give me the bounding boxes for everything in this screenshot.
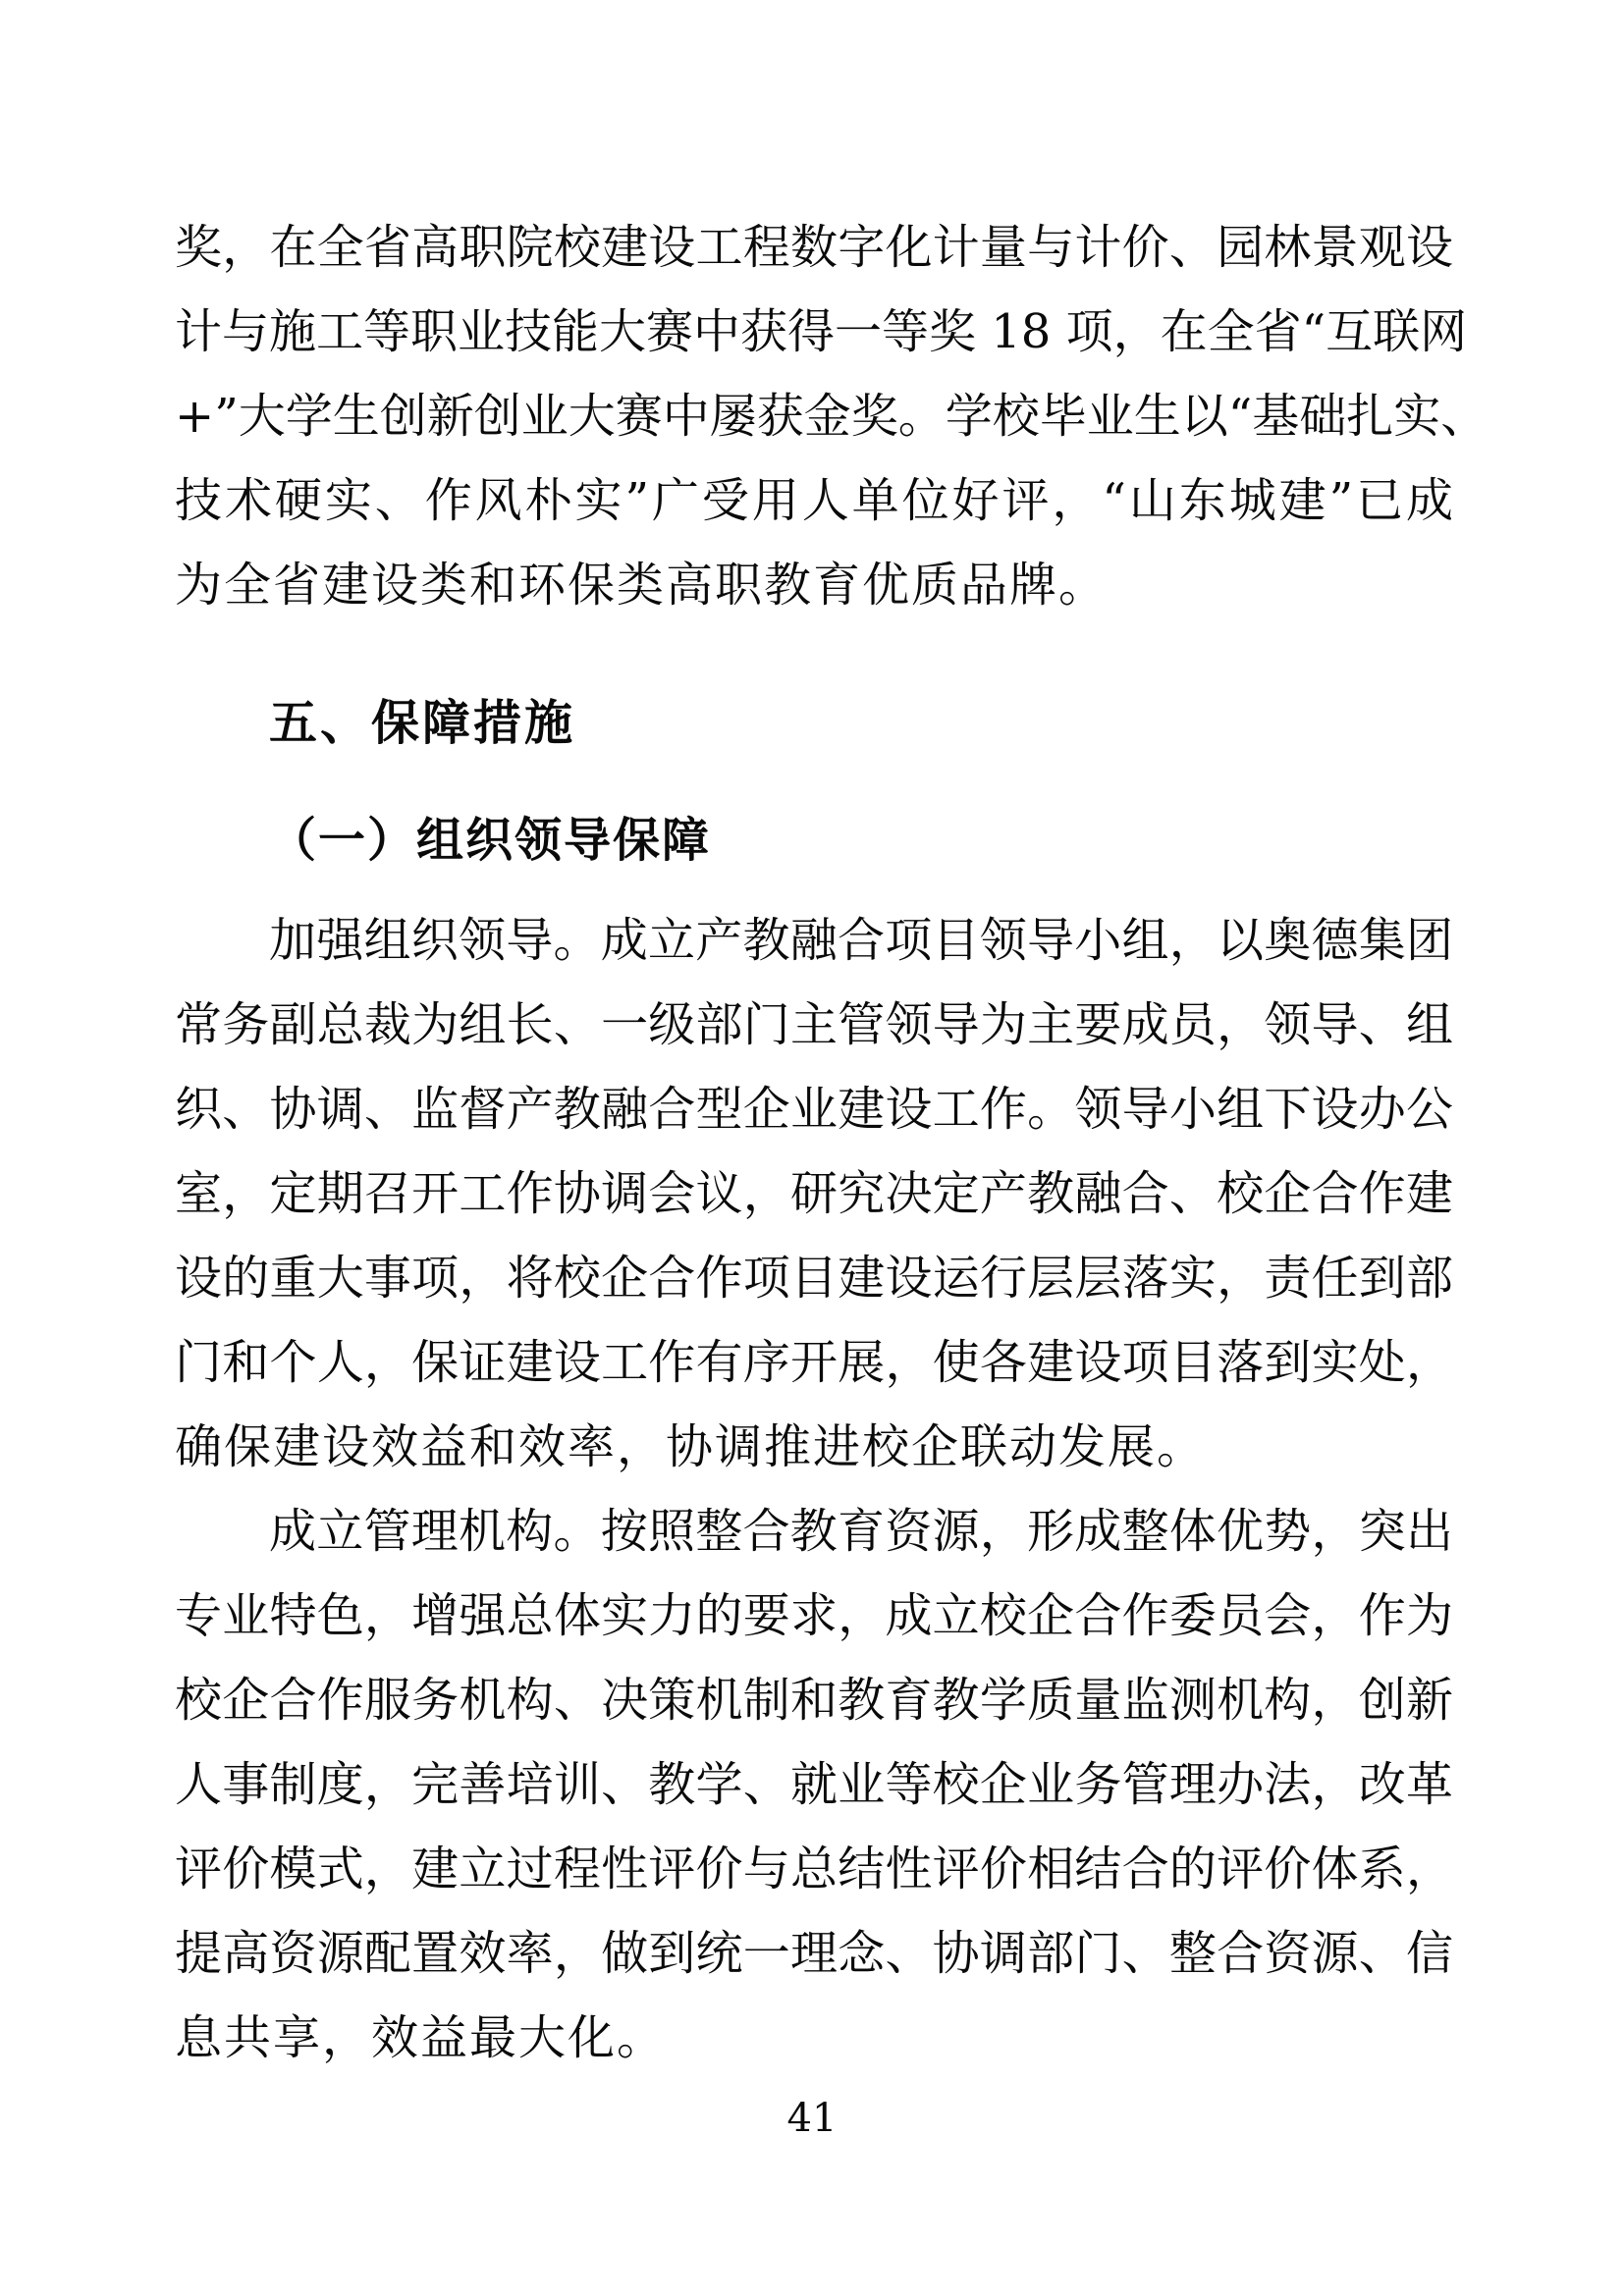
text-line: 成立管理机构。按照整合教育资源，形成整体优势，突出 <box>175 1489 1453 1574</box>
text-line: 息共享，效益最大化。 <box>175 1996 1453 2080</box>
text-line: 加强组织领导。成立产教融合项目领导小组，以奥德集团 <box>175 898 1453 983</box>
text-line: 为全省建设类和环保类高职教育优质品牌。 <box>175 543 1453 627</box>
page-number: 41 <box>0 2097 1624 2140</box>
text-line: 技术硬实、作风朴实”广受用人单位好评，“山东城建”已成 <box>175 458 1453 543</box>
text-line: 计与施工等职业技能大赛中获得一等奖 18 项，在全省“互联网 <box>175 290 1453 374</box>
text-line: 确保建设效益和效率，协调推进校企联动发展。 <box>175 1405 1453 1489</box>
text-line: 校企合作服务机构、决策机制和教育教学质量监测机构，创新 <box>175 1658 1453 1742</box>
text-line: 评价模式，建立过程性评价与总结性评价相结合的评价体系， <box>175 1827 1453 1911</box>
document-text-area: 奖，在全省高职院校建设工程数字化计量与计价、园林景观设 计与施工等职业技能大赛中… <box>175 205 1453 2080</box>
paragraph-management: 成立管理机构。按照整合教育资源，形成整体优势，突出 专业特色，增强总体实力的要求… <box>175 1489 1453 2080</box>
text-line: 室，定期召开工作协调会议，研究决定产教融合、校企合作建 <box>175 1151 1453 1236</box>
text-line: 专业特色，增强总体实力的要求，成立校企合作委员会，作为 <box>175 1574 1453 1658</box>
text-line: 提高资源配置效率，做到统一理念、协调部门、整合资源、信 <box>175 1911 1453 1996</box>
subsection-heading: （一）组织领导保障 <box>175 798 1453 882</box>
paragraph-continuation: 奖，在全省高职院校建设工程数字化计量与计价、园林景观设 计与施工等职业技能大赛中… <box>175 205 1453 627</box>
section-heading: 五、保障措施 <box>175 681 1453 766</box>
text-line: 常务副总裁为组长、一级部门主管领导为主要成员，领导、组 <box>175 983 1453 1067</box>
text-line: 设的重大事项，将校企合作项目建设运行层层落实，责任到部 <box>175 1236 1453 1320</box>
text-line: 奖，在全省高职院校建设工程数字化计量与计价、园林景观设 <box>175 205 1453 290</box>
text-line: 门和个人，保证建设工作有序开展，使各建设项目落到实处， <box>175 1320 1453 1405</box>
text-line: +”大学生创新创业大赛中屡获金奖。学校毕业生以“基础扎实、 <box>175 374 1453 458</box>
document-page: 奖，在全省高职院校建设工程数字化计量与计价、园林景观设 计与施工等职业技能大赛中… <box>0 0 1624 2296</box>
text-line: 人事制度，完善培训、教学、就业等校企业务管理办法，改革 <box>175 1742 1453 1827</box>
text-line: 织、协调、监督产教融合型企业建设工作。领导小组下设办公 <box>175 1067 1453 1151</box>
paragraph-leadership: 加强组织领导。成立产教融合项目领导小组，以奥德集团 常务副总裁为组长、一级部门主… <box>175 898 1453 1489</box>
